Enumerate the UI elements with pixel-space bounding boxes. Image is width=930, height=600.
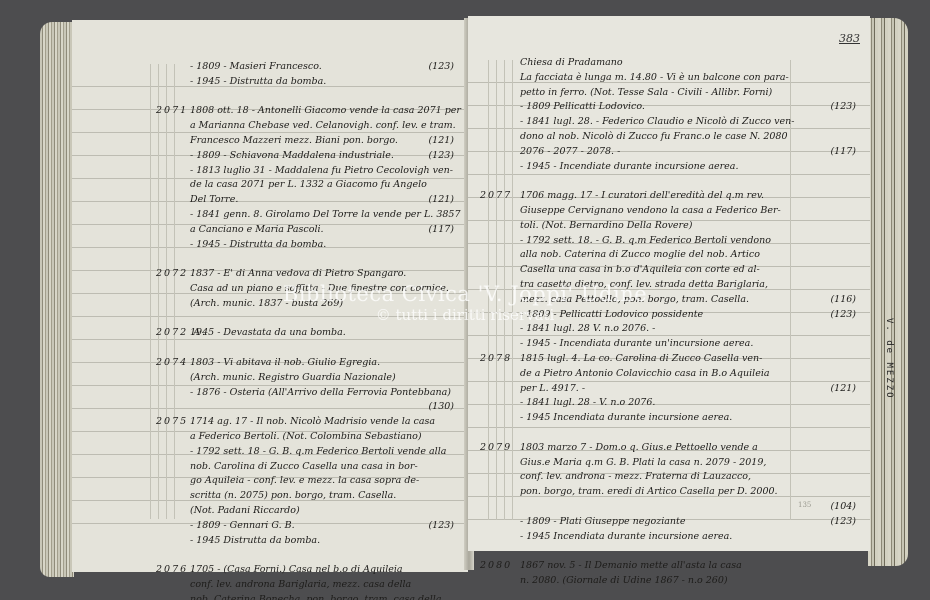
entry-text: - 1945 - Incendiate durante incursione a… xyxy=(520,160,738,175)
entry-text: pon. borgo, tram. eredi di Artico Casell… xyxy=(520,485,778,500)
entry-text: (Arch. munic. 1837 - busta 269) xyxy=(190,297,343,312)
entry-text: - 1945 Incendiata durante incursione aer… xyxy=(520,530,732,545)
entry-text: 1714 ag. 17 - Il nob. Nicolò Madrisio ve… xyxy=(190,415,435,430)
stamp-number: 135 xyxy=(798,501,811,509)
entry-text: (Not. Padani Riccardo) xyxy=(190,504,300,519)
entry-text: scritta (n. 2075) pon. borgo, tram. Case… xyxy=(190,489,396,504)
entry-text: 1945 - Devastata da una bomba. xyxy=(190,326,346,341)
ledger-line: - 1809 - Gennari G. B.(123) xyxy=(72,519,468,534)
entry-text: - 1841 lugl. 28 - V. n.o 2076. xyxy=(520,396,655,411)
ledger-line: - 1945 - Incendiata durante un'incursion… xyxy=(468,337,870,352)
entry-reference: (117) xyxy=(830,145,856,160)
entry-text: Casa ad un piano e soffitta - Due finest… xyxy=(190,282,449,297)
ledger-line: a Federico Bertoli. (Not. Colombina Seba… xyxy=(72,430,468,445)
ledger-line: alla nob. Caterina di Zucco moglie del n… xyxy=(468,248,870,263)
entry-text: Giuseppe Cervignano vendono la casa a Fe… xyxy=(520,204,781,219)
ledger-line: Del Torre.(121) xyxy=(72,193,468,208)
left-page: - 1809 - Masieri Francesco.(123)- 1945 -… xyxy=(72,20,468,572)
ledger-line: a Marianna Chebase ved. Celanovigh. conf… xyxy=(72,119,468,134)
entry-text: tra casetta dietro, conf. lev. strada de… xyxy=(520,278,768,293)
entry-text: mezz. casa Pettoello, pon. borgo, tram. … xyxy=(520,293,749,308)
entry-text: a Marianna Chebase ved. Celanovigh. conf… xyxy=(190,119,456,134)
ledger-line: 20771706 magg. 17 - I curatori dell'ered… xyxy=(468,189,870,204)
entry-text: a Federico Bertoli. (Not. Colombina Seba… xyxy=(190,430,422,445)
entry-number: 2072 xyxy=(156,267,188,282)
ledger-line: - 1809 - Schiavona Maddalena industriale… xyxy=(72,149,468,164)
entry-reference: (123) xyxy=(428,149,454,164)
ledger-line: - 1945 Distrutta da bomba. xyxy=(72,534,468,549)
ledger-line: - 1813 luglio 31 - Maddalena fu Pietro C… xyxy=(72,164,468,179)
entry-text: 1808 ott. 18 - Antonelli Giacomo vende l… xyxy=(190,104,461,119)
entry-number: 2074 xyxy=(156,356,188,371)
ledger-line: 20791803 marzo 7 - Dom.o q. Gius.e Petto… xyxy=(468,441,870,456)
ledger-line: (Arch. munic. Registro Guardia Nazionale… xyxy=(72,371,468,386)
entry-text: - 1945 - Distrutta da bomba. xyxy=(190,75,326,90)
entry-reference: (123) xyxy=(830,100,856,115)
ledger-line: (Not. Padani Riccardo) xyxy=(72,504,468,519)
ledger-line: scritta (n. 2075) pon. borgo, tram. Case… xyxy=(72,489,468,504)
entry-reference: (130) xyxy=(428,400,454,415)
entry-text: conf. lev. androna - mezz. Fraterna di L… xyxy=(520,470,751,485)
ledger-line: pon. borgo, tram. eredi di Artico Casell… xyxy=(468,485,870,500)
ledger-line: Giuseppe Cervignano vendono la casa a Fe… xyxy=(468,204,870,219)
entry-number: 2071 xyxy=(156,104,188,119)
entry-text: - 1945 Distrutta da bomba. xyxy=(190,534,320,549)
entry-text: nob. Carolina di Zucco Casella una casa … xyxy=(190,460,418,475)
ledger-line: mezz. casa Pettoello, pon. borgo, tram. … xyxy=(468,293,870,308)
ledger-line: (Arch. munic. 1837 - busta 269) xyxy=(72,297,468,312)
entry-text: 1706 magg. 17 - I curatori dell'eredità … xyxy=(520,189,764,204)
entry-reference: (116) xyxy=(830,293,856,308)
ledger-line: petto in ferro. (Not. Tesse Sala - Civil… xyxy=(468,86,870,101)
entry-text: petto in ferro. (Not. Tesse Sala - Civil… xyxy=(520,86,772,101)
entry-text: 1803 - Vi abitava il nob. Giulio Egregia… xyxy=(190,356,380,371)
entry-text: La facciata è lunga m. 14.80 - Vi è un b… xyxy=(520,71,789,86)
entry-text: - 1813 luglio 31 - Maddalena fu Pietro C… xyxy=(190,164,453,179)
entry-text: 1837 - E' di Anna vedova di Pietro Spang… xyxy=(190,267,406,282)
entry-number: 2079 xyxy=(480,441,512,456)
entry-text: de la casa 2071 per L. 1332 a Giacomo fu… xyxy=(190,178,427,193)
ledger-line: 2076 - 2077 - 2078. -(117) xyxy=(468,145,870,160)
entry-text: - 1809 - Plati Giuseppe negoziante xyxy=(520,515,685,530)
entry-text: Del Torre. xyxy=(190,193,238,208)
entry-text: 1815 lugl. 4. La co. Carolina di Zucco C… xyxy=(520,352,762,367)
ledger-line: Casa ad un piano e soffitta - Due finest… xyxy=(72,282,468,297)
entry-number: 2080 xyxy=(480,559,512,574)
right-page: 383 Chiesa di PradamanoLa facciata è lun… xyxy=(468,16,870,551)
entry-number: 2076 xyxy=(156,563,188,578)
ledger-line: go Aquileia - conf. lev. e mezz. la casa… xyxy=(72,474,468,489)
entry-number: 2077 xyxy=(480,189,512,204)
ledger-line: 20721837 - E' di Anna vedova di Pietro S… xyxy=(72,267,468,282)
ledger-line xyxy=(72,312,468,327)
ledger-line: conf. lev. androna Bariglaria, mezz. cas… xyxy=(72,578,468,593)
ledger-line: - 1809 - Pellicatti Lodovico possidente(… xyxy=(468,308,870,323)
entry-text: alla nob. Caterina di Zucco moglie del n… xyxy=(520,248,760,263)
ledger-line: - 1945 - Distrutta da bomba. xyxy=(72,238,468,253)
entry-text: - 1841 genn. 8. Girolamo Del Torre la ve… xyxy=(190,208,461,223)
book-left-edge xyxy=(40,22,74,577)
ledger-line: Francesco Mazzeri mezz. Biani pon. borgo… xyxy=(72,134,468,149)
entry-reference: (121) xyxy=(428,134,454,149)
ledger-line: - 1945 Incendiata durante incursione aer… xyxy=(468,530,870,545)
ledger-line xyxy=(72,252,468,267)
ledger-book: V. de MEZZO - 1809 - Masieri Francesco.(… xyxy=(40,14,908,584)
entry-text: nob. Caterina Bonecha, pon. borgo, tram.… xyxy=(190,593,442,600)
entry-reference: (104) xyxy=(830,500,856,515)
ledger-line xyxy=(468,174,870,189)
entry-text: per L. 4917. - xyxy=(520,382,585,397)
entry-text: a Canciano e Maria Pascoli. xyxy=(190,223,324,238)
entry-text: 1803 marzo 7 - Dom.o q. Gius.e Pettoello… xyxy=(520,441,758,456)
ledger-line: - 1841 lugl. 28 V. n.o 2076. - xyxy=(468,322,870,337)
entry-text: - 1809 - Gennari G. B. xyxy=(190,519,295,534)
entry-reference: (123) xyxy=(428,519,454,534)
ledger-line: n. 2080. (Giornale di Udine 1867 - n.o 2… xyxy=(468,574,870,589)
ledger-line: - 1945 - Distrutta da bomba. xyxy=(72,75,468,90)
entry-text: (Arch. munic. Registro Guardia Nazionale… xyxy=(190,371,396,386)
ledger-line: per L. 4917. -(121) xyxy=(468,382,870,397)
ledger-line: - 1945 Incendiata durante incursione aer… xyxy=(468,411,870,426)
ledger-line: - 1841 genn. 8. Girolamo Del Torre la ve… xyxy=(72,208,468,223)
entry-text: - 1792 sett. 18 - G. B. q.m Federico Ber… xyxy=(190,445,446,460)
ledger-line: - 1876 - Osteria (All'Arrivo della Ferro… xyxy=(72,386,468,401)
entry-text: de a Pietro Antonio Colavicchio casa in … xyxy=(520,367,770,382)
entry-text: - 1809 - Masieri Francesco. xyxy=(190,60,322,75)
entry-text: conf. lev. androna Bariglaria, mezz. cas… xyxy=(190,578,411,593)
entry-text: - 1945 - Distrutta da bomba. xyxy=(190,238,326,253)
entry-text: toli. (Not. Bernardino Della Rovere) xyxy=(520,219,692,234)
ledger-line: 20761705 - (Casa Forni.) Casa nel b.o di… xyxy=(72,563,468,578)
ledger-line: de a Pietro Antonio Colavicchio casa in … xyxy=(468,367,870,382)
ledger-line: - 1809 Pellicatti Lodovico.(123) xyxy=(468,100,870,115)
entry-text: 1867 nov. 5 - Il Demanio mette all'asta … xyxy=(520,559,742,574)
entry-reference: (121) xyxy=(428,193,454,208)
entry-text: 2076 - 2077 - 2078. - xyxy=(520,145,620,160)
page-number: 383 xyxy=(839,32,860,45)
ledger-line: - 1809 - Plati Giuseppe negoziante(123) xyxy=(468,515,870,530)
book-right-edge: V. de MEZZO xyxy=(868,18,908,566)
ledger-line: a Canciano e Maria Pascoli.(117) xyxy=(72,223,468,238)
ledger-line: dono al nob. Nicolò di Zucco fu Franc.o … xyxy=(468,130,870,145)
left-entries: - 1809 - Masieri Francesco.(123)- 1945 -… xyxy=(72,60,468,600)
entry-text: dono al nob. Nicolò di Zucco fu Franc.o … xyxy=(520,130,788,145)
ledger-line xyxy=(72,341,468,356)
entry-text: go Aquileia - conf. lev. e mezz. la casa… xyxy=(190,474,419,489)
ledger-line: 20751714 ag. 17 - Il nob. Nicolò Madrisi… xyxy=(72,415,468,430)
ledger-line: 20801867 nov. 5 - Il Demanio mette all'a… xyxy=(468,559,870,574)
entry-text: - 1841 lugl. 28 V. n.o 2076. - xyxy=(520,322,655,337)
entry-text: - 1876 - Osteria (All'Arrivo della Ferro… xyxy=(190,386,451,401)
entry-reference: (123) xyxy=(830,308,856,323)
entry-reference: (123) xyxy=(428,60,454,75)
ledger-line: - 1841 lugl. 28. - Federico Claudio e Ni… xyxy=(468,115,870,130)
entry-text: 1705 - (Casa Forni.) Casa nel b.o di Aqu… xyxy=(190,563,403,578)
ledger-line xyxy=(468,426,870,441)
ledger-line: nob. Carolina di Zucco Casella una casa … xyxy=(72,460,468,475)
ledger-line: - 1841 lugl. 28 - V. n.o 2076. xyxy=(468,396,870,411)
entry-text: - 1945 - Incendiata durante un'incursion… xyxy=(520,337,753,352)
entry-text: - 1792 sett. 18. - G. B. q.m Federico Be… xyxy=(520,234,771,249)
ledger-line: La facciata è lunga m. 14.80 - Vi è un b… xyxy=(468,71,870,86)
entry-text: n. 2080. (Giornale di Udine 1867 - n.o 2… xyxy=(520,574,728,589)
entry-reference: (117) xyxy=(428,223,454,238)
ledger-line: tra casetta dietro, conf. lev. strada de… xyxy=(468,278,870,293)
ledger-line: - 1809 - Masieri Francesco.(123) xyxy=(72,60,468,75)
entry-text: Casella una casa in b.o d'Aquileia con c… xyxy=(520,263,760,278)
ledger-line: 2072 A.1945 - Devastata da una bomba. xyxy=(72,326,468,341)
ledger-line: conf. lev. androna - mezz. Fraterna di L… xyxy=(468,470,870,485)
ledger-line xyxy=(72,90,468,105)
entry-number: 2078 xyxy=(480,352,512,367)
entry-text: - 1809 - Schiavona Maddalena industriale… xyxy=(190,149,394,164)
entry-text: - 1809 - Pellicatti Lodovico possidente xyxy=(520,308,703,323)
ledger-line: Casella una casa in b.o d'Aquileia con c… xyxy=(468,263,870,278)
ledger-line: Chiesa di Pradamano xyxy=(468,56,870,71)
entry-text: Gius.e Maria q.m G. B. Plati la casa n. … xyxy=(520,456,766,471)
entry-reference: (121) xyxy=(830,382,856,397)
ledger-line: 20781815 lugl. 4. La co. Carolina di Zuc… xyxy=(468,352,870,367)
entry-text: Chiesa di Pradamano xyxy=(520,56,623,71)
ledger-line: - 1792 sett. 18. - G. B. q.m Federico Be… xyxy=(468,234,870,249)
ledger-line: Gius.e Maria q.m G. B. Plati la casa n. … xyxy=(468,456,870,471)
ledger-line: (130) xyxy=(72,400,468,415)
ledger-line: nob. Caterina Bonecha, pon. borgo, tram.… xyxy=(72,593,468,600)
entry-number: 2075 xyxy=(156,415,188,430)
ledger-line: de la casa 2071 per L. 1332 a Giacomo fu… xyxy=(72,178,468,193)
ledger-line: - 1792 sett. 18 - G. B. q.m Federico Ber… xyxy=(72,445,468,460)
spine-label: V. de MEZZO xyxy=(884,318,894,400)
ledger-line xyxy=(468,544,870,559)
entry-reference: (123) xyxy=(830,515,856,530)
ledger-line: 20711808 ott. 18 - Antonelli Giacomo ven… xyxy=(72,104,468,119)
entry-text: - 1841 lugl. 28. - Federico Claudio e Ni… xyxy=(520,115,794,130)
entry-text: Francesco Mazzeri mezz. Biani pon. borgo… xyxy=(190,134,398,149)
entry-text: - 1809 Pellicatti Lodovico. xyxy=(520,100,645,115)
ledger-line: toli. (Not. Bernardino Della Rovere) xyxy=(468,219,870,234)
ledger-line: 20741803 - Vi abitava il nob. Giulio Egr… xyxy=(72,356,468,371)
entry-text: - 1945 Incendiata durante incursione aer… xyxy=(520,411,732,426)
ledger-line: - 1945 - Incendiate durante incursione a… xyxy=(468,160,870,175)
ledger-line xyxy=(72,548,468,563)
